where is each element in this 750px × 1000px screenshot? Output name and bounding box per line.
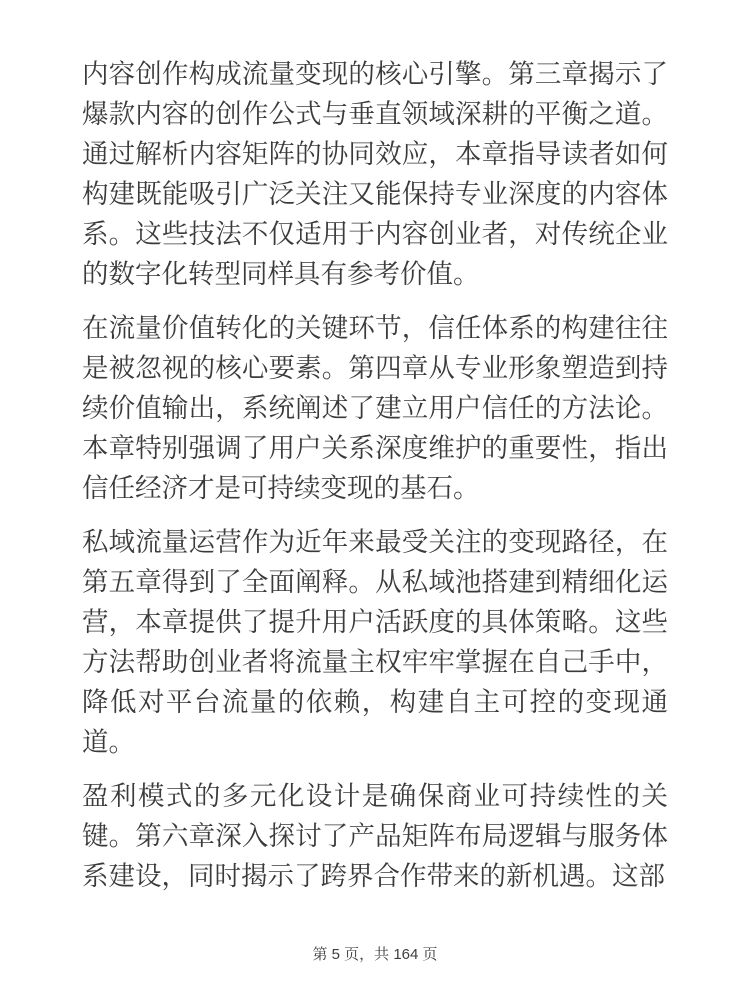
page-text-content: 内容创作构成流量变现的核心引擎。第三章揭示了爆款内容的创作公式与垂直领域深耕的平… bbox=[82, 54, 668, 910]
paragraph-content-creation: 内容创作构成流量变现的核心引擎。第三章揭示了爆款内容的创作公式与垂直领域深耕的平… bbox=[82, 54, 668, 294]
paragraph-profit-model: 盈利模式的多元化设计是确保商业可持续性的关键。第六章深入探讨了产品矩阵布局逻辑与… bbox=[82, 776, 668, 896]
document-page: 内容创作构成流量变现的核心引擎。第三章揭示了爆款内容的创作公式与垂直领域深耕的平… bbox=[0, 0, 750, 1000]
paragraph-private-traffic: 私域流量运营作为近年来最受关注的变现路径，在第五章得到了全面阐释。从私域池搭建到… bbox=[82, 522, 668, 762]
page-number-indicator: 第 5 页，共 164 页 bbox=[0, 943, 750, 964]
paragraph-trust-system: 在流量价值转化的关键环节，信任体系的构建往往是被忽视的核心要素。第四章从专业形象… bbox=[82, 308, 668, 508]
